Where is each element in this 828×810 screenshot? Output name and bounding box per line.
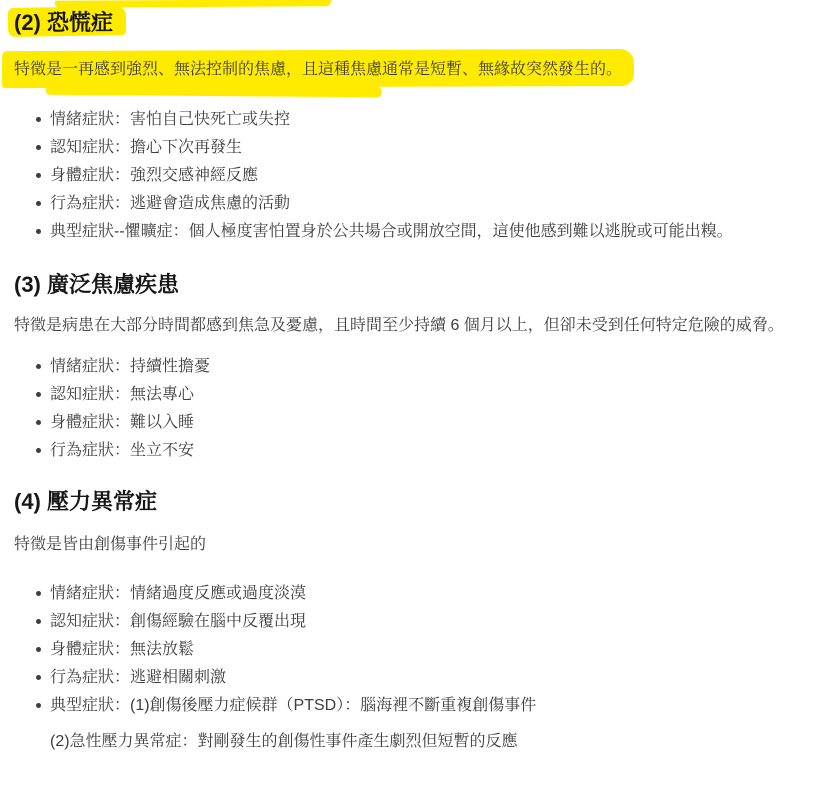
list-item: 認知症狀：無法專心 — [50, 381, 810, 409]
list-item: 行為症狀：逃避相關刺激 — [50, 664, 810, 692]
list-item: 典型症狀--懼曠症：個人極度害怕置身於公共場合或開放空間，這使他感到難以逃脫或可… — [50, 218, 810, 246]
section-intro: 特徵是一再感到強烈、無法控制的焦慮，且這種焦慮通常是短暫、無緣故突然發生的。 — [14, 54, 806, 85]
list-item: 行為症狀：逃避會造成焦慮的活動 — [50, 190, 810, 218]
section-heading: (2) 恐慌症 — [14, 10, 810, 35]
list-item: 情緒症狀：害怕自己快死亡或失控 — [50, 106, 810, 134]
continuation-paragraph: (2)急性壓力異常症：對剛發生的創傷性事件產生劇烈但短暫的反應 — [50, 728, 810, 756]
list-item: 行為症狀：坐立不安 — [50, 437, 810, 465]
list-item: 身體症狀：強烈交感神經反應 — [50, 162, 810, 190]
section-heading: (3) 廣泛焦慮疾患 — [14, 272, 810, 297]
list-item: 身體症狀：無法放鬆 — [50, 636, 810, 664]
symptom-list: 情緒症狀：情緒過度反應或過度淡漠 認知症狀：創傷經驗在腦中反覆出現 身體症狀：無… — [14, 580, 810, 720]
list-item: 身體症狀：難以入睡 — [50, 409, 810, 437]
section-stress-disorder: (4) 壓力異常症 特徵是皆由創傷事件引起的 情緒症狀：情緒過度反應或過度淡漠 … — [14, 489, 810, 756]
section-intro: 特徵是皆由創傷事件引起的 — [14, 529, 806, 560]
list-item: 典型症狀：(1)創傷後壓力症候群（PTSD）：腦海裡不斷重複創傷事件 — [50, 692, 810, 720]
list-item: 認知症狀：創傷經驗在腦中反覆出現 — [50, 608, 810, 636]
list-item: 情緒症狀：情緒過度反應或過度淡漠 — [50, 580, 810, 608]
section-generalized-anxiety: (3) 廣泛焦慮疾患 特徵是病患在大部分時間都感到焦急及憂慮，且時間至少持續 6… — [14, 272, 810, 465]
section-intro: 特徵是病患在大部分時間都感到焦急及憂慮，且時間至少持續 6 個月以上，但卻未受到… — [14, 310, 806, 341]
document: (2) 恐慌症 特徵是一再感到強烈、無法控制的焦慮，且這種焦慮通常是短暫、無緣故… — [0, 0, 828, 810]
symptom-list: 情緒症狀：持續性擔憂 認知症狀：無法專心 身體症狀：難以入睡 行為症狀：坐立不安 — [14, 353, 810, 465]
list-item: 認知症狀：擔心下次再發生 — [50, 134, 810, 162]
symptom-list: 情緒症狀：害怕自己快死亡或失控 認知症狀：擔心下次再發生 身體症狀：強烈交感神經… — [14, 106, 810, 246]
list-item: 情緒症狀：持續性擔憂 — [50, 353, 810, 381]
section-heading: (4) 壓力異常症 — [14, 489, 810, 514]
section-panic-disorder: (2) 恐慌症 特徵是一再感到強烈、無法控制的焦慮，且這種焦慮通常是短暫、無緣故… — [14, 10, 810, 246]
